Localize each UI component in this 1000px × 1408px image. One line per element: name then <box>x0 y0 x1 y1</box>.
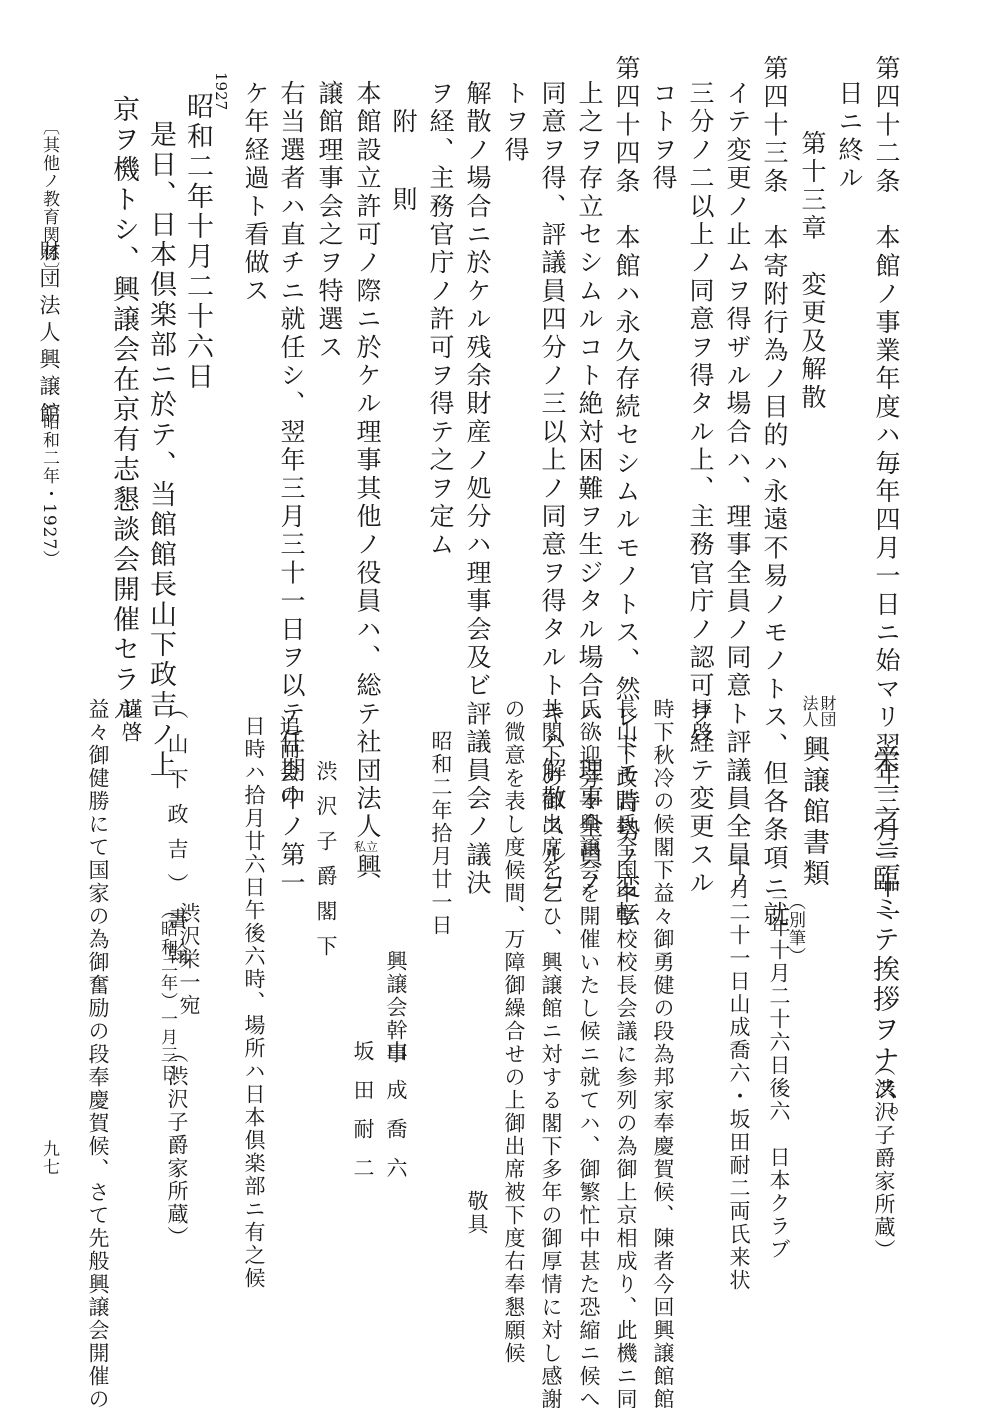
article-44-line-5: 解散ノ場合ニ於ケル残余財産ノ処分ハ理事会及ビ評議員会ノ議決 <box>465 80 490 898</box>
page-number: 九七 <box>40 1140 57 1176</box>
letter2-salutation: 謹啓 <box>120 698 141 744</box>
running-header-date: （昭和二年・1927） <box>40 395 57 568</box>
supplementary-line-1-end: 興 <box>353 853 382 881</box>
note-line: 二年十月二十六日後六 日本クラブ <box>768 893 789 1261</box>
letter-date: 昭和二年拾月廿一日 <box>430 730 451 937</box>
letter-line-5: の微意を表し度候間、万障御繰合せの上御出席被下度右奉懇願候 <box>503 698 524 1365</box>
doc-title: 興譲館書類 <box>800 735 827 890</box>
supplementary-line-1: 本館設立許可ノ際ニ於ケル理事其他ノ役員ハ、総テ社団法人私立興 <box>354 80 380 882</box>
letter2-source: （渋沢子爵家所蔵） <box>166 1042 187 1249</box>
sender-1: 山成喬六 <box>385 1040 406 1196</box>
postscript: 日時ハ拾月廿六日午後六時、場所ハ日本倶楽部ニ有之候 <box>243 715 264 1290</box>
entry-date: 昭和二年十月二十六日 <box>184 92 211 392</box>
supplementary-inline-note: 私立 <box>354 841 380 853</box>
doc-title-prefix-2: 法人 <box>800 695 819 727</box>
letter-line-4: 共閣下の御出席を乞ひ、興譲館ニ対する閣下多年の御厚情に対し感謝 <box>540 698 561 1408</box>
letter2-line-1: 益々御健勝にて国家の為御奮励の段奉慶賀候、さて先般興譲会開催の <box>87 698 108 1408</box>
letter-closing: 敬具 <box>466 1190 487 1236</box>
postscript-label: 追而会の <box>278 715 299 807</box>
letter-line-2: 長山下政吉氏全国中学校校長会議に参列の為御上京相成り、此機ニ同 <box>615 698 636 1408</box>
supplementary-heading: 附 則 <box>391 108 416 225</box>
supplementary-line-1-text: 本館設立許可ノ際ニ於ケル理事其他ノ役員ハ、総テ社団法人 <box>353 80 382 841</box>
sender-2: 坂田耐二 <box>352 1040 373 1196</box>
article-43-line-4: コトヲ得 <box>651 80 676 193</box>
doc-title-prefix: 財団 法人 <box>800 695 836 731</box>
article-43-line-1: 第四十三条 本寄附行為ノ目的ハ永遠不易ノモノトス、但各条項ニ就 <box>762 55 787 929</box>
addressee: 渋沢子爵閣下 <box>315 760 336 970</box>
article-44-line-6: ヲ経、主務官庁ノ許可ヲ得テ之ヲ定ム <box>428 80 453 559</box>
article-43-line-2: イテ変更ノ止ムヲ得ザル場合ハ、理事全員ノ同意ト評議員全員ノ <box>725 80 750 898</box>
entry-line-2: 京ヲ機トシ、興譲会在京有志懇談会開催セラル。 <box>110 95 137 755</box>
supplementary-line-2: 譲館理事会之ヲ特選ス <box>317 80 342 362</box>
letter-line-1: 時下秋冷の候閣下益々御勇健の段為邦家奉慶賀候、陳者今回興譲館館 <box>652 698 673 1408</box>
doc-title-prefix-1: 財団 <box>818 695 837 727</box>
article-44-line-4: トヲ得 <box>503 80 528 165</box>
source-note-1: （渋沢子爵家所蔵） <box>873 1055 894 1262</box>
letter2-recipient: 渋沢栄一宛 <box>178 902 199 1017</box>
letter-line-3: 氏欲迎旁々興譲会を開催いたし候ニ就てハ、御繁忙中甚た恐縮ニ候へ <box>578 698 599 1408</box>
chapter-13-heading: 第十三章 変更及解散 <box>800 130 825 412</box>
article-42-line-2: 日ニ終ル <box>837 80 862 193</box>
year-western: 1927 <box>212 72 230 110</box>
article-43-line-3: 三分ノ二以上ノ同意ヲ得タル上、主務官庁ノ認可ヲ経テ変更スル <box>688 80 713 898</box>
letter-header: 十月二十一日山成喬六・坂田耐二両氏来状 <box>728 855 749 1292</box>
letter-salutation: 拝啓 <box>690 698 711 744</box>
supplementary-line-4: ケ年経過ト看做ス <box>243 80 268 306</box>
entry-line-1: 是日、日本倶楽部ニ於テ、当館館長山下政吉ノ上 <box>147 120 174 780</box>
